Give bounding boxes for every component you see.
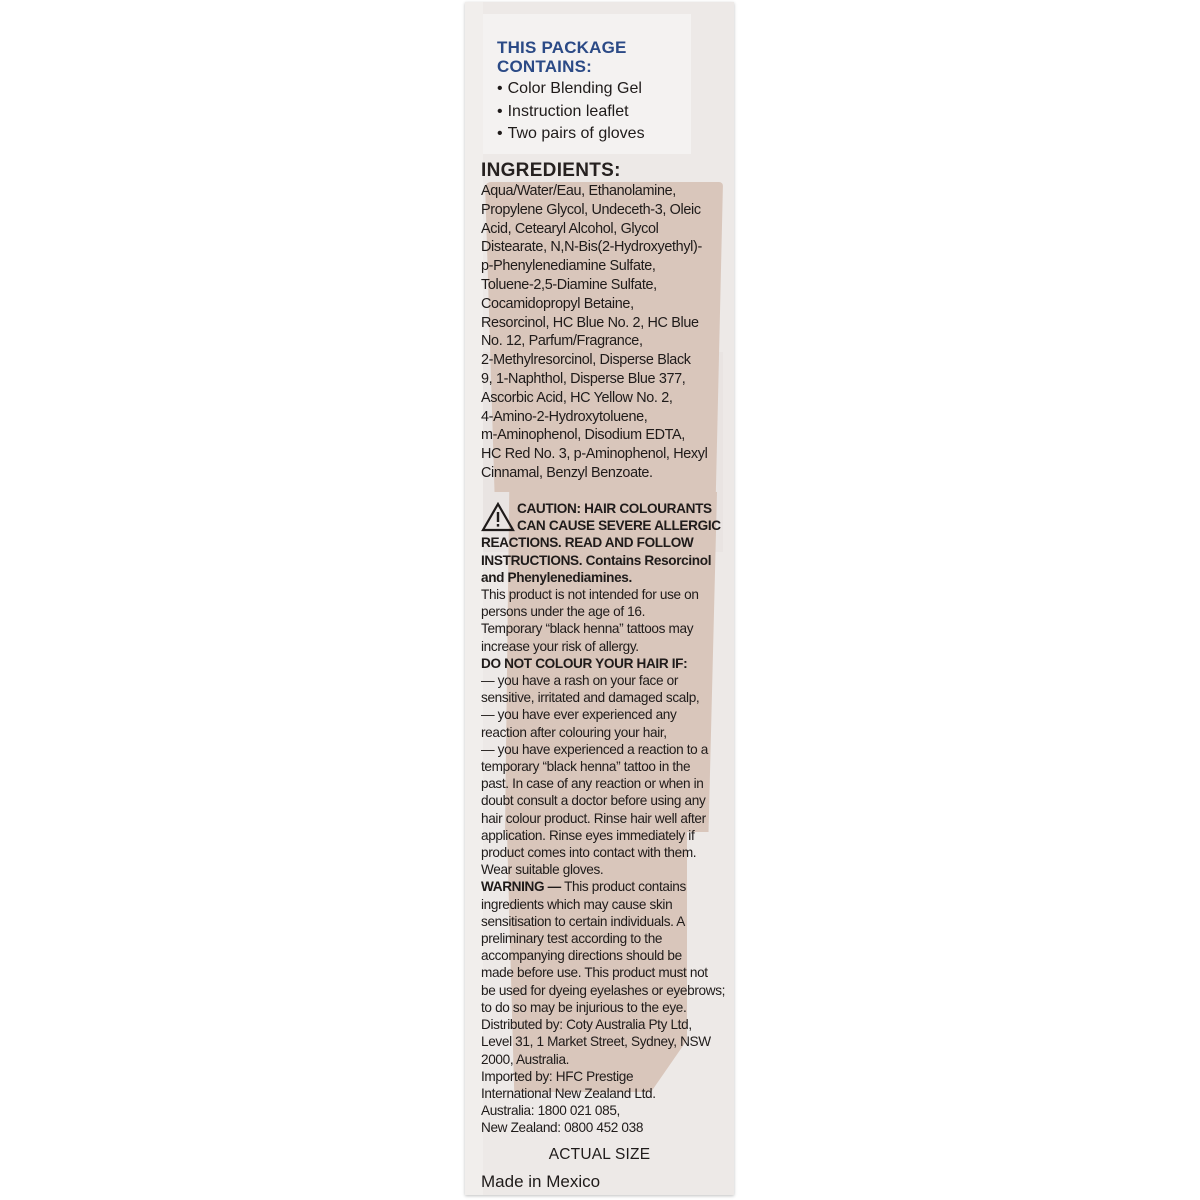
text-line: product comes into contact with them. xyxy=(481,844,731,861)
text-line: New Zealand: 0800 452 038 xyxy=(481,1119,731,1136)
actual-size-label: ACTUAL SIZE xyxy=(465,1146,734,1164)
package-contents-title: THIS PACKAGE CONTAINS: xyxy=(497,38,697,76)
warning-first-text: This product contains xyxy=(561,879,686,894)
list-item: Instruction leaflet xyxy=(497,101,645,124)
ingredients-title: INGREDIENTS: xyxy=(481,160,621,182)
text-line: This product is not intended for use on xyxy=(481,586,731,603)
text-line: p-Phenylenediamine Sulfate, xyxy=(481,257,727,276)
text-line: hair colour product. Rinse hair well aft… xyxy=(481,810,731,827)
text-line: application. Rinse eyes immediately if xyxy=(481,827,731,844)
ingredients-text: Aqua/Water/Eau, Ethanolamine, Propylene … xyxy=(481,182,727,483)
text-line: temporary “black henna” tattoo in the xyxy=(481,758,731,775)
text-line: persons under the age of 16. xyxy=(481,603,731,620)
text-line: past. In case of any reaction or when in xyxy=(481,775,731,792)
text-line: Distributed by: Coty Australia Pty Ltd, xyxy=(481,1016,731,1033)
warning-paragraph: WARNING — This product contains ingredie… xyxy=(481,878,731,1016)
distributor-info: Distributed by: Coty Australia Pty Ltd, … xyxy=(481,1016,731,1136)
text-line: International New Zealand Ltd. xyxy=(481,1085,731,1102)
text-line: reaction after colouring your hair, xyxy=(481,724,731,741)
text-line: Imported by: HFC Prestige xyxy=(481,1068,731,1085)
text-line: Resorcinol, HC Blue No. 2, HC Blue xyxy=(481,314,727,333)
age-warning: This product is not intended for use on … xyxy=(481,586,731,655)
text-line: HC Red No. 3, p-Aminophenol, Hexyl xyxy=(481,445,727,464)
text-line: CAUTION: HAIR COLOURANTS xyxy=(481,500,731,517)
text-line: CAN CAUSE SEVERE ALLERGIC xyxy=(481,517,731,534)
title-line: THIS PACKAGE xyxy=(497,38,697,57)
text-line: — you have experienced a reaction to a xyxy=(481,741,731,758)
list-item: Two pairs of gloves xyxy=(497,123,645,146)
title-line: CONTAINS: xyxy=(497,57,697,76)
warning-label: WARNING — xyxy=(481,879,561,894)
text-line: No. 12, Parfum/Fragrance, xyxy=(481,332,727,351)
made-in-label: Made in Mexico xyxy=(481,1172,600,1192)
text-line: preliminary test according to the xyxy=(481,930,731,947)
text-line: made before use. This product must not xyxy=(481,964,731,981)
text-line: — you have a rash on your face or xyxy=(481,672,731,689)
text-line: sensitive, irritated and damaged scalp, xyxy=(481,689,731,706)
text-line: REACTIONS. READ AND FOLLOW xyxy=(481,534,731,551)
do-not-colour-list: — you have a rash on your face or sensit… xyxy=(481,672,731,878)
package-contents-list: Color Blending Gel Instruction leaflet T… xyxy=(497,78,645,146)
text-line: 2000, Australia. xyxy=(481,1051,731,1068)
text-line: Toluene-2,5-Diamine Sulfate, xyxy=(481,276,727,295)
text-line: Wear suitable gloves. xyxy=(481,861,731,878)
text-line: accompanying directions should be xyxy=(481,947,731,964)
text-line: Temporary “black henna” tattoos may xyxy=(481,620,731,637)
text-line: WARNING — This product contains xyxy=(481,878,731,895)
caution-section: CAUTION: HAIR COLOURANTS CAN CAUSE SEVER… xyxy=(481,500,731,1137)
text-line: Cocamidopropyl Betaine, xyxy=(481,295,727,314)
text-line: 2-Methylresorcinol, Disperse Black xyxy=(481,351,727,370)
text-line: Cinnamal, Benzyl Benzoate. xyxy=(481,464,727,483)
text-line: — you have ever experienced any xyxy=(481,706,731,723)
text-line: ingredients which may cause skin xyxy=(481,896,731,913)
text-line: be used for dyeing eyelashes or eyebrows… xyxy=(481,982,731,999)
text-line: 4-Amino-2-Hydroxytoluene, xyxy=(481,408,727,427)
text-line: doubt consult a doctor before using any xyxy=(481,792,731,809)
text-line: Acid, Cetearyl Alcohol, Glycol xyxy=(481,220,727,239)
list-item: Color Blending Gel xyxy=(497,78,645,101)
text-line: Aqua/Water/Eau, Ethanolamine, xyxy=(481,182,727,201)
text-line: Propylene Glycol, Undeceth-3, Oleic xyxy=(481,201,727,220)
text-line: Distearate, N,N-Bis(2-Hydroxyethyl)- xyxy=(481,238,727,257)
caution-heading: CAUTION: HAIR COLOURANTS CAN CAUSE SEVER… xyxy=(481,500,731,586)
text-line: INSTRUCTIONS. Contains Resorcinol xyxy=(481,552,731,569)
text-line: and Phenylenediamines. xyxy=(481,569,731,586)
text-line: Australia: 1800 021 085, xyxy=(481,1102,731,1119)
text-line: to do so may be injurious to the eye. xyxy=(481,999,731,1016)
text-line: 9, 1-Naphthol, Disperse Blue 377, xyxy=(481,370,727,389)
text-line: increase your risk of allergy. xyxy=(481,638,731,655)
package-side-panel: THIS PACKAGE CONTAINS: Color Blending Ge… xyxy=(465,2,734,1195)
text-line: Level 31, 1 Market Street, Sydney, NSW xyxy=(481,1033,731,1050)
do-not-colour-title: DO NOT COLOUR YOUR HAIR IF: xyxy=(481,655,731,672)
text-line: sensitisation to certain individuals. A xyxy=(481,913,731,930)
text-line: Ascorbic Acid, HC Yellow No. 2, xyxy=(481,389,727,408)
warning-triangle-icon xyxy=(481,502,515,532)
text-line: m-Aminophenol, Disodium EDTA, xyxy=(481,426,727,445)
